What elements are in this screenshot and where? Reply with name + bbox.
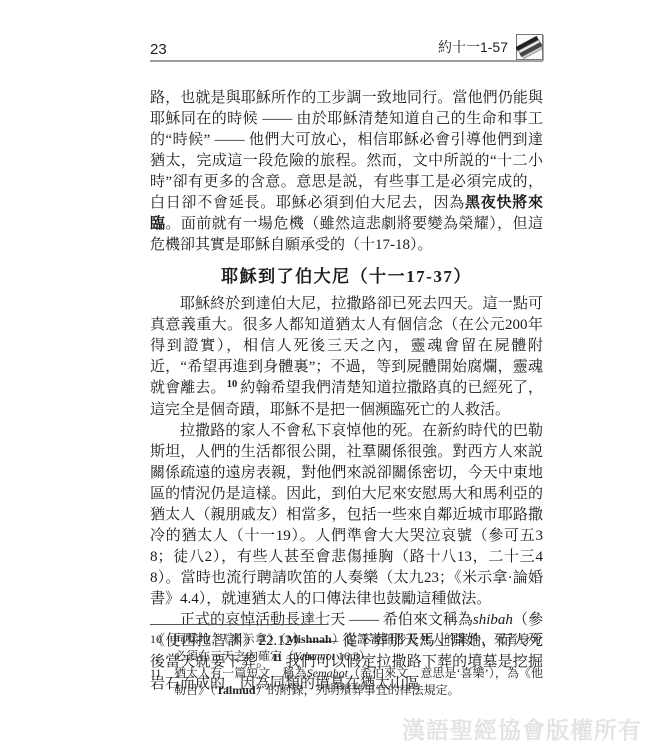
section-heading: 耶穌到了伯大尼（十一17-37） — [150, 265, 543, 289]
paragraph-3: 拉撒路的家人不會私下哀悼他的死。在新約時代的巴勒斯坦，人們的生活都很公開，社羣關… — [150, 421, 543, 610]
text-run: 猶太人有一篇短文，稱為 — [174, 666, 307, 680]
footnote-11: 11 猶太人有一篇短文，稱為Semahot（希伯來文，意思是‘喜樂’），為《他勒… — [150, 665, 543, 698]
body-text-column: 路，也就是與耶穌所作的工步調一致地同行。當他們仍能與耶穌同在的時候 —— 由於耶… — [150, 88, 543, 695]
italic-term: Semahot — [307, 666, 348, 680]
text-run: 16.3）。 — [335, 649, 377, 663]
footnote-separator — [150, 624, 328, 625]
paragraph-2: 耶穌終於到達伯大尼，拉撒路卻已死去四天。這一點可真意義重大。很多人都知道猶太人有… — [150, 294, 543, 421]
section-reference: 約十一1-57 — [438, 37, 508, 58]
text-run: 同樣地，《米示拿》（ — [174, 632, 286, 646]
books-icon — [516, 34, 543, 60]
italic-term: shibah — [473, 612, 513, 628]
footnote-text: 猶太人有一篇短文，稱為Semahot（希伯來文，意思是‘喜樂’），為《他勒目》（… — [174, 665, 543, 698]
book-page: 23 約十一1-57 路，也就是與耶穌所作的工步調一致地同行。當他們仍能與耶穌同… — [0, 0, 650, 750]
latin-term: Talmud — [216, 683, 256, 697]
footnote-number: 10 — [150, 631, 174, 664]
copyright-watermark: 漢語聖經協會版權所有 — [402, 712, 642, 745]
italic-term: Yebamot — [294, 649, 335, 663]
footnotes-block: 10 同樣地，《米示拿》（Mishnah）也説審訊涉及死人的案件，死者身分必須在… — [150, 631, 543, 699]
paragraph-1: 路，也就是與耶穌所作的工步調一致地同行。當他們仍能與耶穌同在的時候 —— 由於耶… — [150, 88, 543, 256]
footnote-10: 10 同樣地，《米示拿》（Mishnah）也説審訊涉及死人的案件，死者身分必須在… — [150, 631, 543, 664]
text-run: 正式的哀悼活動長達七天 —— 希伯來文稱為 — [180, 612, 473, 628]
page-number: 23 — [150, 41, 167, 58]
latin-term: Mishnah — [286, 632, 331, 646]
text-run: 路，也就是與耶穌所作的工步調一致地同行。當他們仍能與耶穌同在的時候 —— 由於耶… — [150, 90, 543, 211]
footnote-ref-10: 10 — [227, 379, 238, 390]
footnote-number: 11 — [150, 665, 174, 698]
footnote-text: 同樣地，《米示拿》（Mishnah）也説審訊涉及死人的案件，死者身分必須在三天之… — [174, 631, 543, 664]
text-run: 。面前就有一場危機（雖然這悲劇將要變為榮耀），但這危機卻其實是耶穌自願承受的（十… — [150, 216, 543, 253]
text-run: ）的附錄，列明殯葬事宜的律法規定。 — [256, 683, 460, 697]
header-right-group: 約十一1-57 — [438, 34, 543, 58]
running-header: 23 約十一1-57 — [150, 34, 543, 62]
